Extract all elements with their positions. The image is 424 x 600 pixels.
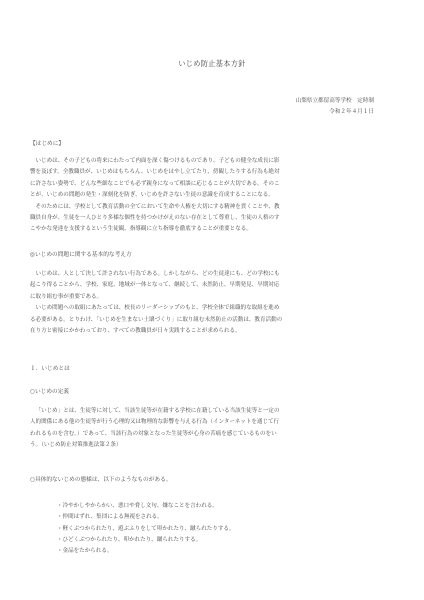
document-page: いじめ防止基本方針 山梨県立都留高等学校 定時制 令和２年４月１日 【はじめに】…: [0, 0, 424, 600]
examples-list: ・冷やかしやからかい、悪口や脅し文句、嫌なことを言われる。 ・仲間はずれ、集団に…: [57, 501, 235, 557]
definition-line: われるものを含む。）であって、当該行為の対象となった生徒等が心身の苦痛を感じてい…: [30, 429, 395, 440]
basic-line: いじめ問題への取組にあたっては、校長のリーダーシップのもと、学校全体で組織的な取…: [30, 303, 395, 314]
basic-line: に取り組む事が重要である。: [30, 292, 395, 303]
issue-date: 令和２年４月１日: [296, 107, 374, 118]
definition-paragraph: 「いじめ」とは、生徒等に対して、当該生徒等が在籍する学校に在籍している当該生徒等…: [30, 406, 395, 452]
intro-line: こやかな発達を支援するという生徒観、指導観に立ち指導を徹底することが重要となる。: [30, 224, 395, 235]
intro-line: 職員自身が、生徒を一人ひとり多様な個性を持つかけがえのない存在として尊重し、生徒…: [30, 213, 395, 224]
basic-concept-paragraph: いじめは、人として決して許されない行為である。しかしながら、どの生徒達にも、どの…: [30, 269, 395, 337]
intro-line: 響を及ぼす。全教職員が、いじめはもちろん、いじめをはやし立てたり、傍観したりする…: [30, 167, 395, 178]
definition-line: 人的関係にある他の生徒等が行う心理的又は物理的な影響を与える行為（インターネット…: [30, 417, 395, 428]
basic-line: る必要がある。とりわけ、「いじめを生まない土壌づくり」に取り組む未然防止の活動は…: [30, 315, 395, 326]
intro-line: いじめは、その子どもの将来にわたって内面を深く傷つけるものであり、子どもの健全な…: [30, 156, 395, 167]
definition-heading: ○いじめの定義: [30, 386, 69, 395]
list-item: ・仲間はずれ、集団による無視をされる。: [57, 512, 235, 523]
list-item: ・金品をたかられる。: [57, 546, 235, 557]
list-item: ・軽くぶつかられたり、遊ぶふりをして叩かれたり、蹴られたりする。: [57, 524, 235, 535]
examples-heading: ○具体的ないじめの態様は、以下のようなものがある。: [30, 474, 171, 483]
document-title: いじめ防止基本方針: [0, 59, 424, 69]
definition-line: 「いじめ」とは、生徒等に対して、当該生徒等が在籍する学校に在籍している当該生徒等…: [30, 406, 395, 417]
basic-line: 在り方と密接にかかわっており、すべての教職員が日々実践することが求められる。: [30, 326, 395, 337]
intro-heading: 【はじめに】: [30, 138, 64, 147]
list-item: ・ひどくぶつかられたり、叩かれたり、蹴られたりする。: [57, 535, 235, 546]
basic-concept-heading: ◎いじめの問題に関する基本的な考え方: [30, 249, 132, 258]
list-item: ・冷やかしやからかい、悪口や脅し文句、嫌なことを言われる。: [57, 501, 235, 512]
intro-line: そのためには、学校として教育活動の全てにおいて生命や人権を大切にする精神を貫くこ…: [30, 202, 395, 213]
intro-line: に許さない姿勢で、どんな些細なことでも必ず親身になって相談に応じることが大切であ…: [30, 179, 395, 190]
organization-name: 山梨県立都留高等学校 定時制: [296, 96, 374, 107]
intro-paragraph: いじめは、その子どもの将来にわたって内面を深く傷つけるものであり、子どもの健全な…: [30, 156, 395, 236]
definition-line: う。（いじめ防止対策推進法第２条）: [30, 440, 395, 451]
intro-line: とが、いじめの問題の発生・深刻化を防ぎ、いじめを許さない生徒の意識を育成すること…: [30, 190, 395, 201]
section-1-heading: １．いじめとは: [30, 363, 70, 372]
issuer-block: 山梨県立都留高等学校 定時制 令和２年４月１日: [296, 96, 374, 118]
basic-line: いじめは、人として決して許されない行為である。しかしながら、どの生徒達にも、どの…: [30, 269, 395, 280]
basic-line: 起こり得ることから、学校、家庭、地域が一体となって、継続して、未然防止、早期発見…: [30, 280, 395, 291]
